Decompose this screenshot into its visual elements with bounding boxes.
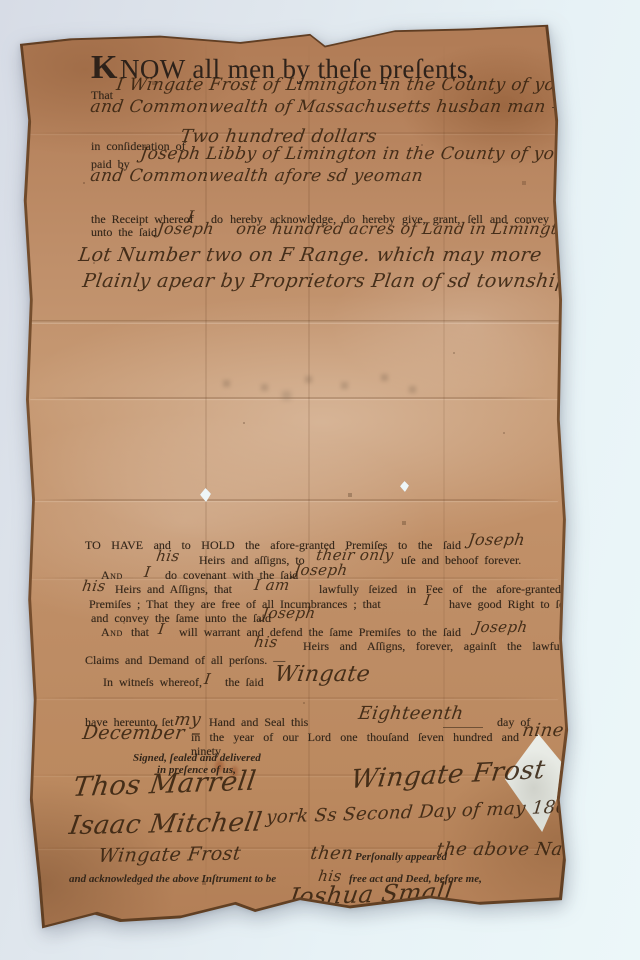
above-named-hand: the above Named [435, 840, 604, 861]
appeared-name-hand: Wingate Frost [97, 844, 242, 868]
fold-crease [30, 397, 558, 399]
acknowledged-text: and acknowledged the above Inſtrument to… [69, 873, 276, 886]
that-text: that [131, 626, 149, 640]
unto-said-label: unto the ſaid [91, 226, 157, 240]
payer-name-hand: Joseph Libby of Limington in the County … [139, 145, 575, 165]
year-hand: nine [521, 721, 565, 742]
day-ordinal-hand: Eighteenth [357, 704, 465, 725]
deed-title-initial: K [91, 48, 117, 87]
signed-sealed-text: Signed, ſealed and delivered [133, 752, 261, 765]
paper-specks [19, 24, 21, 26]
use-behoof-text: uſe and behoof forever. [401, 554, 521, 568]
claims-demand-text: Claims and Demand of all perſons. — [85, 654, 285, 668]
his-hand: his [81, 578, 107, 595]
photo-backdrop: K NOW all men by theſe preſents, That I … [0, 0, 640, 960]
ink-bleedthrough [215, 354, 218, 357]
heirs-forever-text: Heirs and Aſſigns, forever, againſt the … [303, 640, 563, 654]
grantor-name-hand: I Wingate Frost of Limington in the Coun… [115, 76, 576, 96]
wingate-hand: Wingate [273, 662, 372, 687]
grantee-name-hand: Joseph [293, 562, 349, 579]
lot-description-hand: Lot Number two on F Range. which may mor… [77, 245, 543, 267]
the-said-text: the ſaid [225, 676, 264, 690]
grantee-name-hand: Joseph [261, 605, 317, 622]
fold-crease-major [27, 320, 561, 324]
deed-paper: K NOW all men by theſe preſents, That I … [16, 22, 572, 932]
grantor-residence-hand: and Commonwealth of Massachusetts husban… [89, 98, 570, 118]
month-hand: December – [81, 723, 202, 745]
then-hand: then [309, 844, 355, 865]
justice-signature: Joshua Small [287, 878, 455, 911]
heirs-assigns-text: Heirs and Aſſigns, that [115, 583, 232, 597]
grantee-name-hand: Joseph [467, 531, 526, 549]
pronoun-i-hand: I [157, 621, 166, 638]
habendum-line1: TO HAVE and to HOLD the afore-granted Pr… [85, 539, 461, 553]
right-to-sell-text: have good Right to ſell [449, 598, 571, 612]
payer-residence-hand: and Commonwealth afore sd yeoman [89, 167, 424, 187]
paper-hole [400, 481, 409, 492]
parcel-description-hand: one hundred acres of Land in Limington [235, 220, 580, 238]
paper-surface: K NOW all men by theſe preſents, That I … [19, 24, 569, 929]
in-witness-text: In witneſs whereof, [103, 676, 202, 690]
pronoun-i-hand: I [203, 671, 212, 688]
fold-crease [30, 499, 558, 501]
and-smallcaps: And [101, 626, 123, 640]
his-hand: his [155, 548, 181, 565]
plan-reference-hand: Plainly apear by Proprietors Plan of sd … [81, 271, 595, 293]
heirs-assigns-text: Heirs and aſſigns, to [199, 554, 305, 568]
seized-text: lawfully ſeized in Fee of the afore-gran… [319, 583, 561, 597]
fold-crease [30, 697, 558, 699]
justice-title-text: Juſt. Peace. [469, 906, 522, 919]
grantee-name-hand: Joseph [156, 220, 215, 238]
personally-appeared-text: Perſonally appeared [355, 851, 447, 864]
warrant-defend-text: will warrant and defend the ſame Premiſe… [179, 626, 461, 640]
hand-seal-text: Hand and Seal this [209, 716, 308, 730]
venue-date-hand: york Ss Second Day of may 1800 [265, 797, 581, 829]
incumbrances-text: Premiſes ; That they are free of all Inc… [89, 598, 381, 612]
i-am-hand: I am [253, 577, 291, 594]
convey-same-text: and convey the ſame unto the ſaid [91, 612, 271, 626]
his-hand: his [253, 634, 279, 651]
witness1-signature: Thos Marrell [71, 766, 258, 803]
grantee-name-hand: Joseph [473, 619, 529, 636]
witness2-signature: Isaac Mitchell [67, 809, 264, 842]
pronoun-i-hand: I [423, 592, 432, 609]
blank-rule [443, 727, 483, 728]
